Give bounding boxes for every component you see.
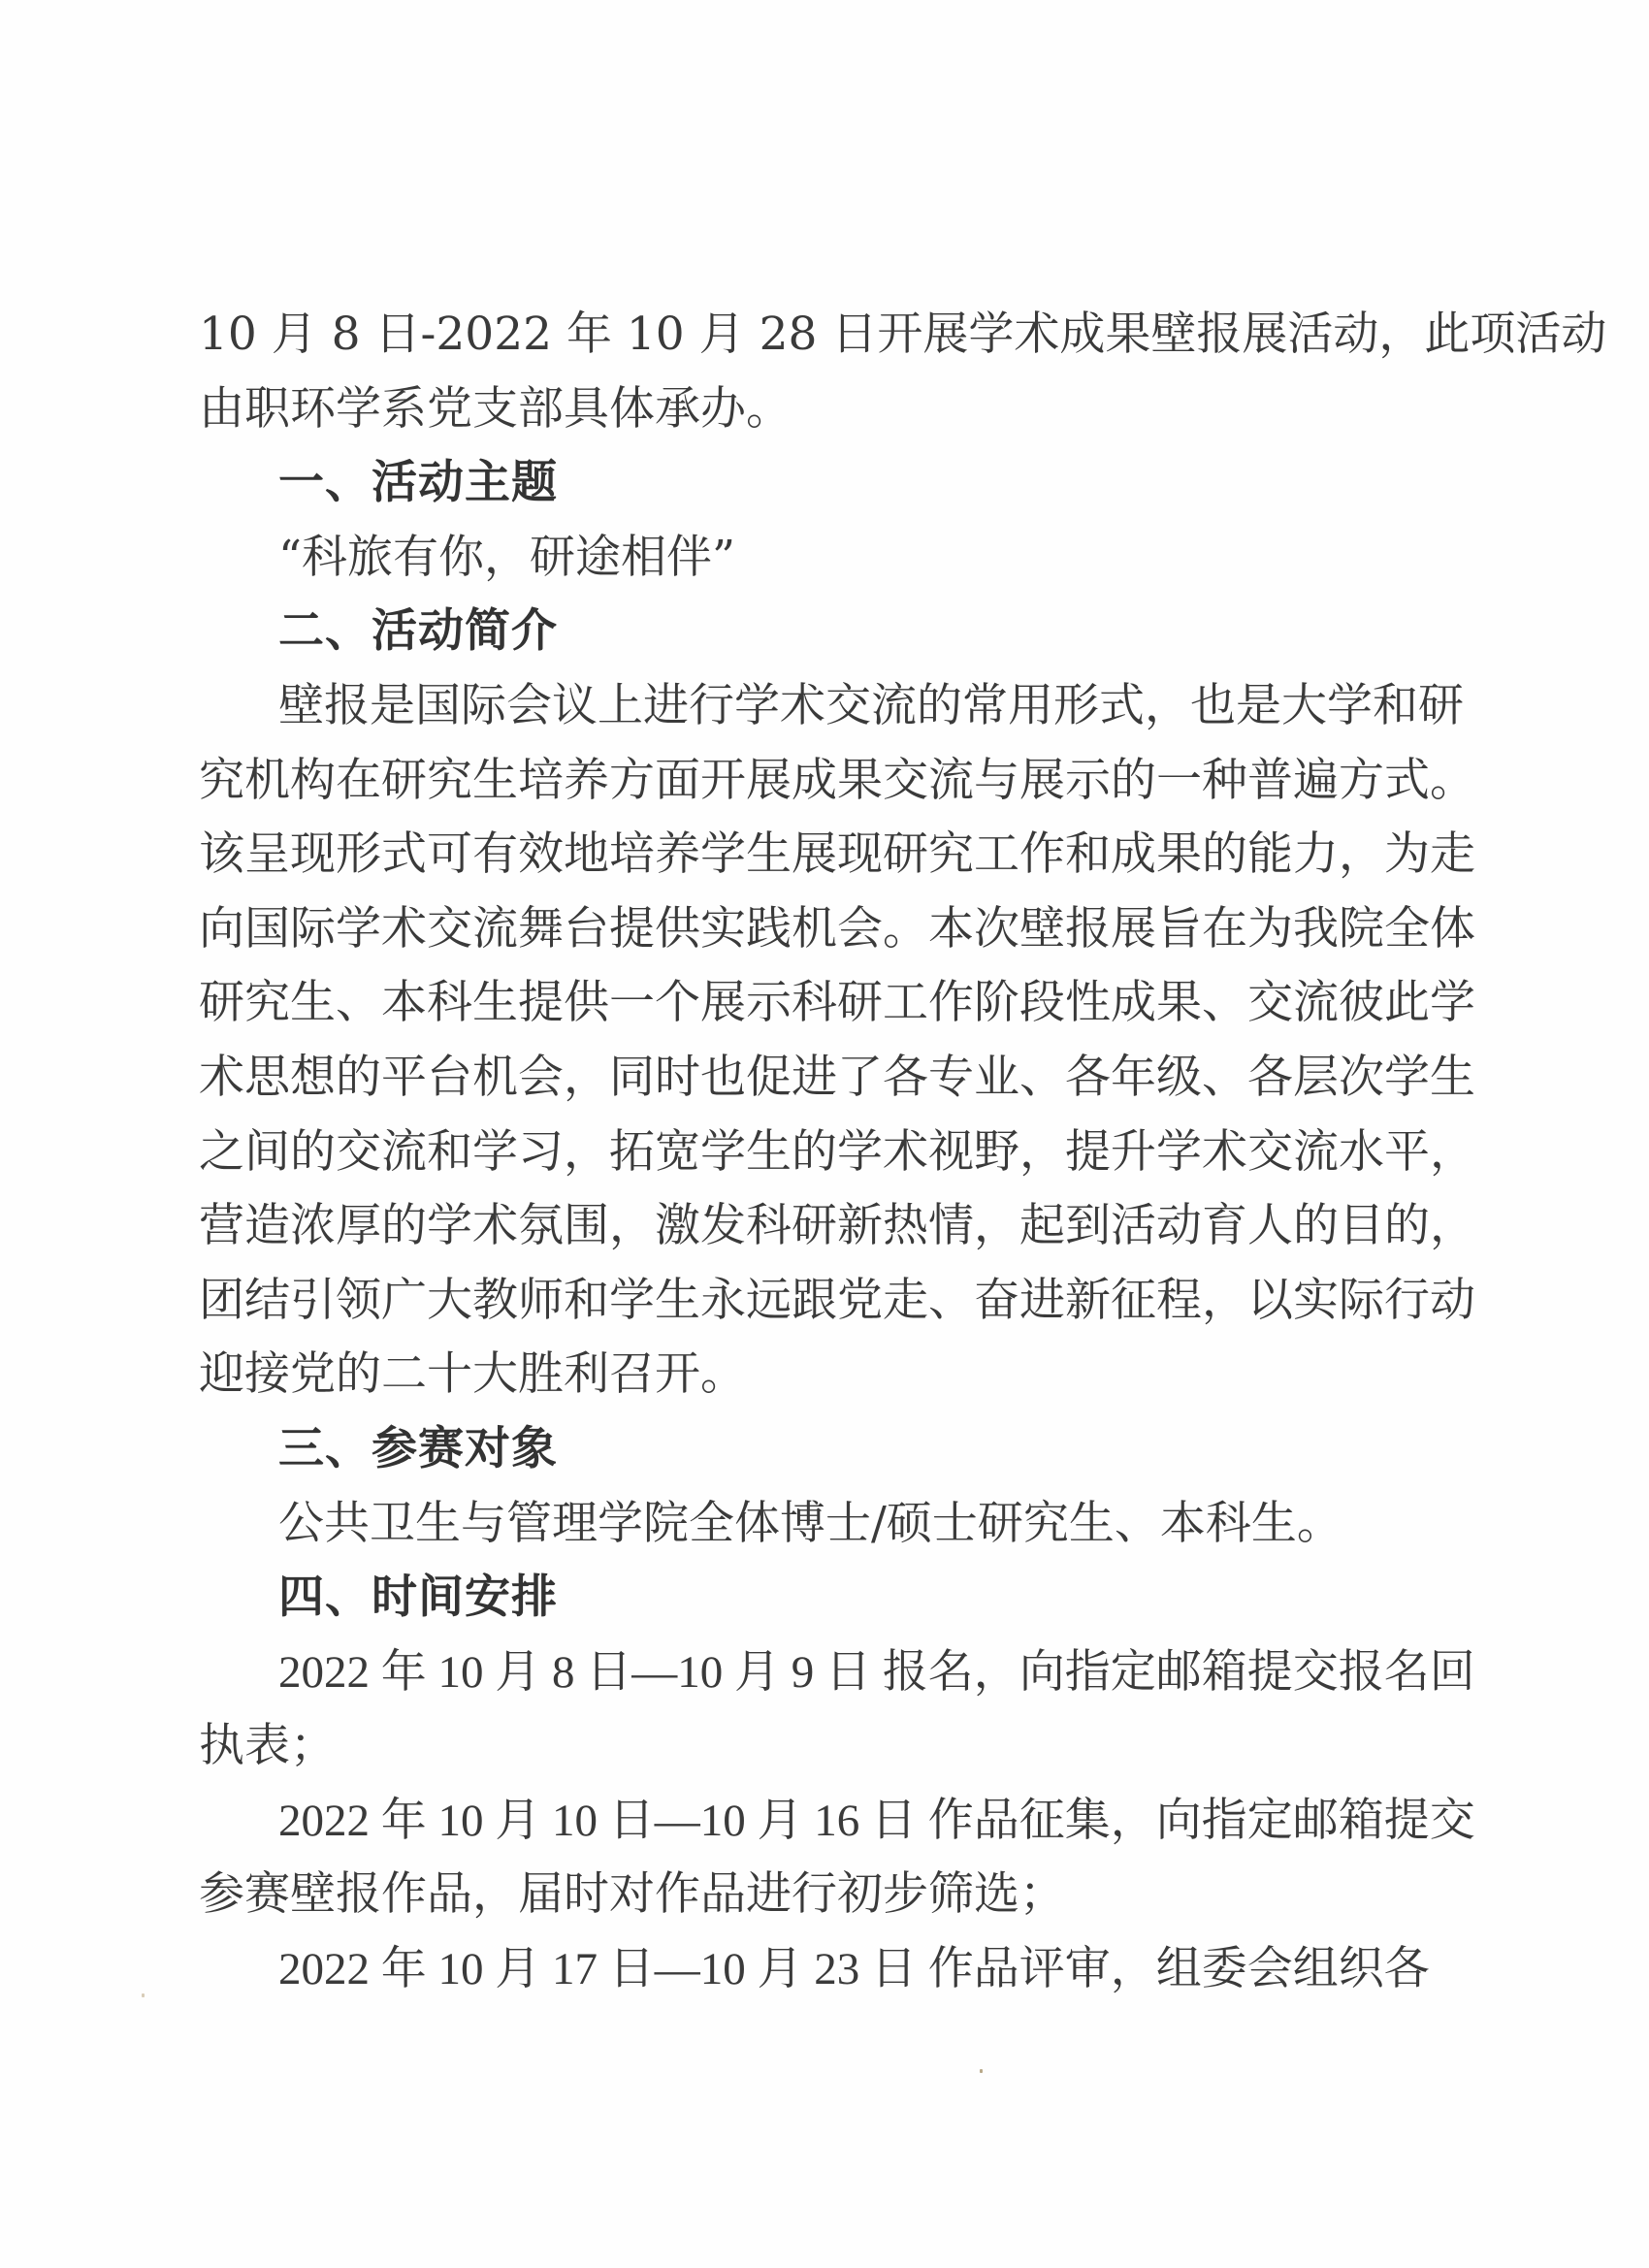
document-body: 10 月 8 日-2022 年 10 月 28 日开展学术成果壁报展活动，此项活… <box>199 298 1377 2007</box>
schedule-item-review: 2022 年 10 月 17 日—10 月 23 日 作品评审，组委会组织各 <box>199 1932 1377 2007</box>
paragraph-line: 迎接党的二十大胜利召开。 <box>199 1338 1377 1412</box>
paragraph-line: 团结引领广大教师和学生永远跟党走、奋进新征程，以实际行动 <box>199 1264 1377 1339</box>
section-heading-theme: 一、活动主题 <box>199 446 1377 521</box>
section-heading-intro: 二、活动简介 <box>199 595 1377 669</box>
paragraph-line: 研究生、本科生提供一个展示科研工作阶段性成果、交流彼此学 <box>199 966 1377 1041</box>
paragraph-line: 壁报是国际会议上进行学术交流的常用形式，也是大学和研 <box>199 669 1377 744</box>
schedule-item-submission-cont: 参赛壁报作品，届时对作品进行初步筛选； <box>199 1858 1377 1932</box>
schedule-item-submission: 2022 年 10 月 10 日—10 月 16 日 作品征集，向指定邮箱提交 <box>199 1784 1377 1859</box>
scan-speck <box>980 2069 983 2073</box>
scan-speck <box>142 1993 145 1997</box>
paragraph-line: 营造浓厚的学术氛围，激发科研新热情，起到活动育人的目的， <box>199 1189 1377 1264</box>
section-heading-participants: 三、参赛对象 <box>199 1412 1377 1487</box>
section-heading-schedule: 四、时间安排 <box>199 1561 1377 1636</box>
paragraph-line: 术思想的平台机会，同时也促进了各专业、各年级、各层次学生 <box>199 1041 1377 1116</box>
intro-line: 由职环学系党支部具体承办。 <box>199 373 1377 447</box>
paragraph-line: 向国际学术交流舞台提供实践机会。本次壁报展旨在为我院全体 <box>199 892 1377 967</box>
paragraph-line: 究机构在研究生培养方面开展成果交流与展示的一种普遍方式。 <box>199 744 1377 819</box>
participants-text: 公共卫生与管理学院全体博士/硕士研究生、本科生。 <box>199 1487 1377 1562</box>
schedule-item-registration-cont: 执表； <box>199 1709 1377 1784</box>
paragraph-line: 之间的交流和学习，拓宽学生的学术视野，提升学术交流水平， <box>199 1116 1377 1190</box>
theme-slogan: “科旅有你，研途相伴” <box>199 521 1377 596</box>
intro-line: 10 月 8 日-2022 年 10 月 28 日开展学术成果壁报展活动，此项活… <box>199 298 1377 373</box>
schedule-item-registration: 2022 年 10 月 8 日—10 月 9 日 报名，向指定邮箱提交报名回 <box>199 1636 1377 1710</box>
document-page: 10 月 8 日-2022 年 10 月 28 日开展学术成果壁报展活动，此项活… <box>0 0 1649 2268</box>
paragraph-line: 该呈现形式可有效地培养学生展现研究工作和成果的能力，为走 <box>199 818 1377 892</box>
